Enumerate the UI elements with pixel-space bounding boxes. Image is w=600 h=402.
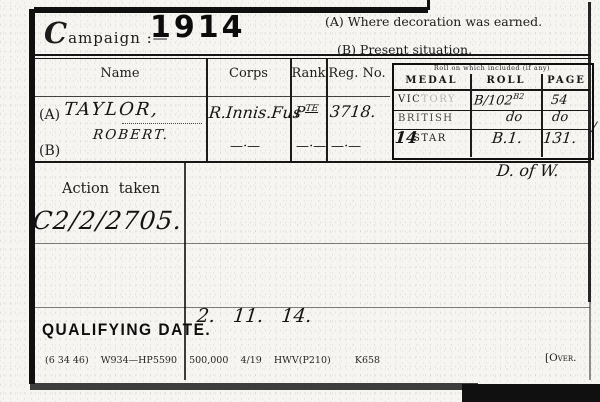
action-reference-handwritten: C2/2/2705. xyxy=(31,206,183,235)
forename-handwritten: Robert. xyxy=(92,127,170,143)
prefix-b-label: (B) xyxy=(39,143,60,159)
margin-tick-mark: / xyxy=(591,120,597,135)
british-medal-label: BRITISH xyxy=(398,113,454,124)
printers-code: (6 34 46) W934—HP5590 500,000 4/19 HWV(P… xyxy=(45,355,380,366)
rank-superscript: TE xyxy=(305,103,319,114)
british-roll-ditto: do xyxy=(505,110,523,125)
note-where-decoration-earned: (A) Where decoration was earned. xyxy=(325,14,542,29)
died-of-wounds-annotation: D. of W. xyxy=(496,161,560,180)
rank-ditto-mark: —·— xyxy=(295,139,327,154)
column-header-reg-no: Reg. No. xyxy=(327,66,387,81)
page-column-header: PAGE xyxy=(542,75,591,86)
medal-roll-note: Roll on which included (if any) xyxy=(396,64,588,72)
scanned-medal-index-card: Campaign :— 1914 (A) Where decoration wa… xyxy=(0,0,600,402)
star-page-handwritten: 131. xyxy=(542,129,577,147)
corps-ditto-mark: —·— xyxy=(229,139,261,154)
column-header-corps: Corps xyxy=(207,66,290,81)
rule-name-corps xyxy=(206,59,208,161)
british-page-ditto: do xyxy=(551,110,569,125)
action-section-divider xyxy=(184,163,186,380)
prefix-a-label: (A) xyxy=(39,107,60,123)
victory-roll-superscript: B2 xyxy=(513,92,525,101)
corps-handwritten: R.Innis.Fus xyxy=(208,103,302,122)
qualifying-date-label: QUALIFYING DATE. xyxy=(42,322,211,341)
reg-no-handwritten: 3718. xyxy=(329,102,377,121)
medal-roll-divider xyxy=(470,74,472,157)
rank-handwritten: PTE xyxy=(294,103,319,121)
card-top-border-notch xyxy=(427,0,430,10)
victory-medal-label: VICTORY xyxy=(398,94,456,105)
victory-roll-main: B/102 xyxy=(473,93,513,108)
star-medal-label: STAR xyxy=(413,133,447,144)
header-rule-thin xyxy=(34,58,591,59)
card-bottom-border xyxy=(30,383,478,390)
action-taken-label: Action taken xyxy=(62,181,160,197)
roll-column-header: ROLL xyxy=(471,75,541,86)
surname-handwritten: Taylor, xyxy=(63,99,160,120)
column-header-rank: Rank xyxy=(291,66,326,81)
column-header-name: Name xyxy=(34,66,206,81)
over-note: [Over. xyxy=(545,352,576,364)
medal-header-underline xyxy=(393,89,590,91)
victory-roll-handwritten: B/102B2 xyxy=(473,92,525,108)
card-right-border-lower xyxy=(589,300,591,380)
victory-page-handwritten: 54 xyxy=(550,93,568,108)
star-roll-handwritten: B.1. xyxy=(491,129,523,147)
reg-ditto-mark: —·— xyxy=(330,139,362,154)
name-dotted-rule xyxy=(122,123,202,124)
qualifying-date-handwritten: 2. 11. 14. xyxy=(196,305,313,327)
campaign-year: 1914 xyxy=(150,10,246,45)
column-header-underline xyxy=(34,96,390,97)
header-rule-thick xyxy=(34,54,591,56)
scan-background-corner xyxy=(462,384,600,402)
medal-column-header: MEDAL xyxy=(393,75,470,86)
ruled-line-upper xyxy=(34,243,590,244)
